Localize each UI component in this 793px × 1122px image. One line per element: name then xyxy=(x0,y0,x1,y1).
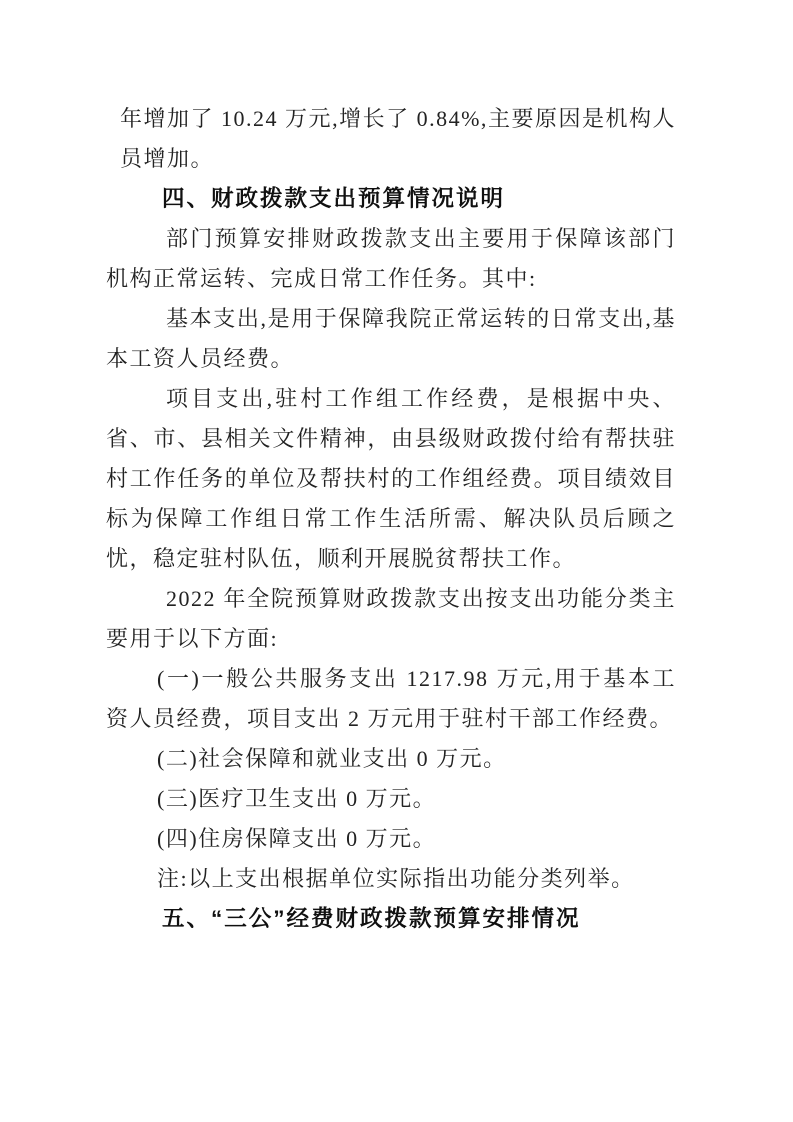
paragraph-growth-continuation: 年增加了 10.24 万元,增长了 0.84%,主要原因是机构人员增加。 xyxy=(120,99,676,179)
paragraph-budget-purpose: 部门预算安排财政拨款支出主要用于保障该部门机构正常运转、完成日常工作任务。其中: xyxy=(106,219,676,299)
paragraph-basic-expense: 基本支出,是用于保障我院正常运转的日常支出,基本工资人员经费。 xyxy=(106,299,676,379)
section-heading-five: 五、“三公”经费财政拨款预算安排情况 xyxy=(106,899,676,939)
section-heading-four: 四、财政拨款支出预算情况说明 xyxy=(106,179,676,219)
paragraph-2022-function-classes: 2022 年全院预算财政拨款支出按支出功能分类主要用于以下方面: xyxy=(106,579,676,659)
paragraph-note: 注:以上支出根据单位实际指出功能分类列举。 xyxy=(106,859,676,899)
list-item-social-security: (二)社会保障和就业支出 0 万元。 xyxy=(106,739,676,779)
document-content: 年增加了 10.24 万元,增长了 0.84%,主要原因是机构人员增加。 四、财… xyxy=(106,99,676,939)
list-item-general-public-service: (一)一般公共服务支出 1217.98 万元,用于基本工资人员经费，项目支出 2… xyxy=(106,659,676,739)
paragraph-project-expense: 项目支出,驻村工作组工作经费，是根据中央、省、市、县相关文件精神，由县级财政拨付… xyxy=(106,379,676,579)
list-item-medical-health: (三)医疗卫生支出 0 万元。 xyxy=(106,779,676,819)
list-item-housing-security: (四)住房保障支出 0 万元。 xyxy=(106,819,676,859)
document-page: 年增加了 10.24 万元,增长了 0.84%,主要原因是机构人员增加。 四、财… xyxy=(0,0,793,1122)
